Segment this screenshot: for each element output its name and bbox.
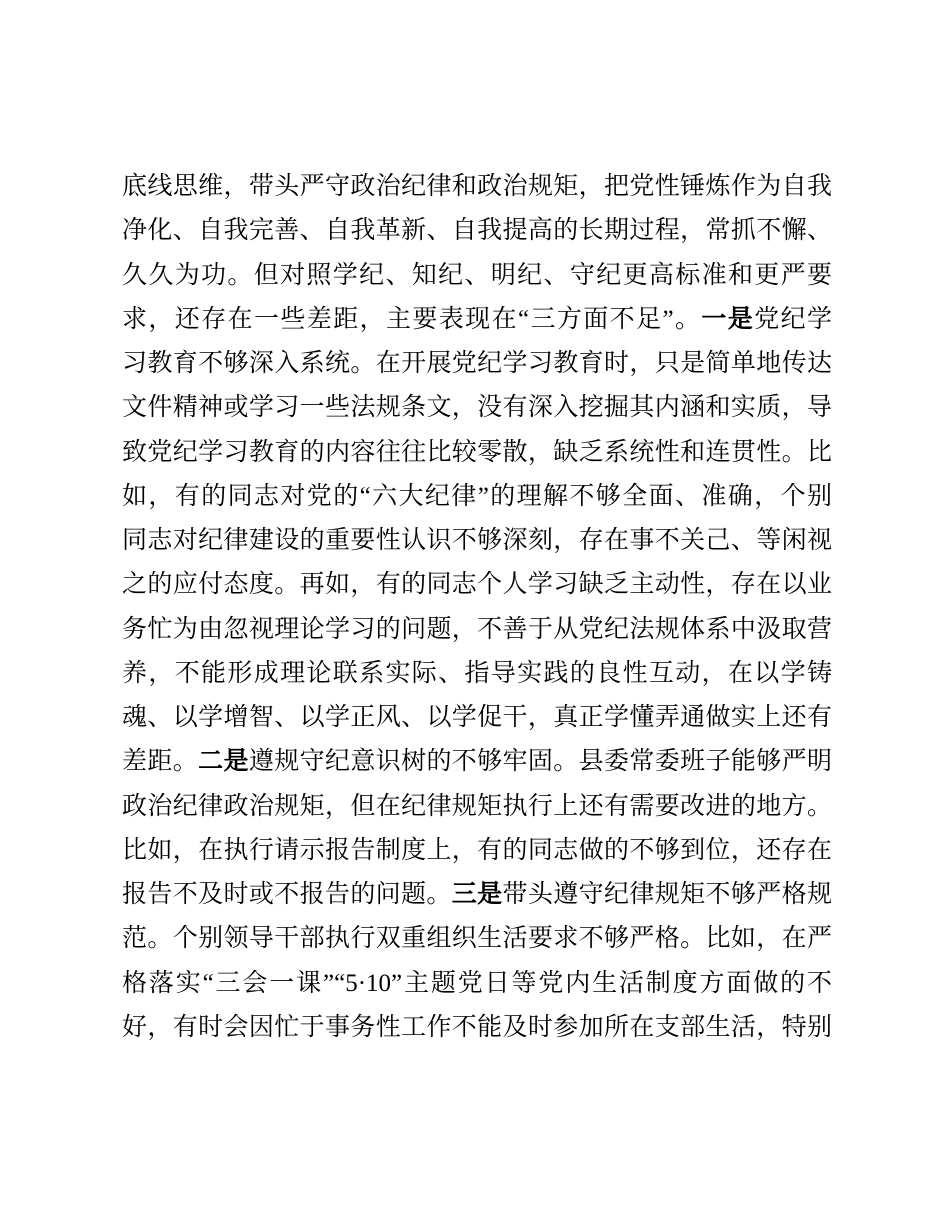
text-segment: 政治纪律政治规矩，但在纪律规矩执行上还有需要改进的地方。 [122, 793, 832, 820]
text-segment: 带头遵守纪律规矩不够严格规 [503, 881, 832, 908]
text-segment: 习教育不够深入系统。在开展党纪学习教育时，只是简单地传达 [122, 350, 832, 377]
text-line: 差距。二是遵规守纪意识树的不够牢固。县委常委班子能够严明 [122, 740, 832, 784]
bold-emphasis: 三是 [452, 881, 503, 908]
document-page: 底线思维，带头严守政治纪律和政治规矩，把党性锤炼作为自我净化、自我完善、自我革新… [0, 0, 950, 1230]
text-segment: 范。个别领导干部执行双重组织生活要求不够严格。比如，在严 [122, 925, 832, 952]
text-line: 养，不能形成理论联系实际、指导实践的良性互动，在以学铸 [122, 652, 832, 696]
text-segment: 如，有的同志对党的“六大纪律”的理解不够全面、准确，个别 [122, 483, 832, 510]
text-segment: 底线思维，带头严守政治纪律和政治规矩，把党性锤炼作为自我 [122, 173, 832, 200]
text-line: 久久为功。但对照学纪、知纪、明纪、守纪更高标准和更严要 [122, 254, 832, 298]
paragraph-continuation: 底线思维，带头严守政治纪律和政治规矩，把党性锤炼作为自我净化、自我完善、自我革新… [122, 165, 832, 1050]
text-segment: 遵规守纪意识树的不够牢固。县委常委班子能够严明 [249, 748, 832, 775]
text-segment: 久久为功。但对照学纪、知纪、明纪、守纪更高标准和更严要 [122, 262, 832, 289]
text-line: 净化、自我完善、自我革新、自我提高的长期过程，常抓不懈、 [122, 209, 832, 253]
text-segment: 之的应付态度。再如，有的同志个人学习缺乏主动性，存在以业 [122, 571, 832, 598]
text-segment: 差距。 [122, 748, 198, 775]
text-line: 比如，在执行请示报告制度上，有的同志做的不够到位，还存在 [122, 829, 832, 873]
text-line: 底线思维，带头严守政治纪律和政治规矩，把党性锤炼作为自我 [122, 165, 832, 209]
text-segment: 务忙为由忽视理论学习的问题，不善于从党纪法规体系中汲取营 [122, 616, 832, 643]
text-segment: 党纪学 [754, 306, 832, 333]
text-line: 同志对纪律建设的重要性认识不够深刻，存在事不关己、等闲视 [122, 519, 832, 563]
text-line: 如，有的同志对党的“六大纪律”的理解不够全面、准确，个别 [122, 475, 832, 519]
text-line: 求，还存在一些差距，主要表现在“三方面不足”。一是党纪学 [122, 298, 832, 342]
text-segment: 净化、自我完善、自我革新、自我提高的长期过程，常抓不懈、 [122, 217, 832, 244]
text-segment: 魂、以学增智、以学正风、以学促干，真正学懂弄通做实上还有 [122, 704, 832, 731]
text-line: 报告不及时或不报告的问题。三是带头遵守纪律规矩不够严格规 [122, 873, 832, 917]
text-line: 好，有时会因忙于事务性工作不能及时参加所在支部生活，特别 [122, 1006, 832, 1050]
text-segment: 养，不能形成理论联系实际、指导实践的良性互动，在以学铸 [122, 660, 832, 687]
text-segment: 比如，在执行请示报告制度上，有的同志做的不够到位，还存在 [122, 837, 832, 864]
text-line: 致党纪学习教育的内容往往比较零散，缺乏系统性和连贯性。比 [122, 431, 832, 475]
text-line: 文件精神或学习一些法规条文，没有深入挖掘其内涵和实质，导 [122, 386, 832, 430]
text-segment: 文件精神或学习一些法规条文，没有深入挖掘其内涵和实质，导 [122, 394, 832, 421]
text-line: 之的应付态度。再如，有的同志个人学习缺乏主动性，存在以业 [122, 563, 832, 607]
text-segment: 好，有时会因忙于事务性工作不能及时参加所在支部生活，特别 [122, 1014, 832, 1041]
text-line: 习教育不够深入系统。在开展党纪学习教育时，只是简单地传达 [122, 342, 832, 386]
text-segment: 同志对纪律建设的重要性认识不够深刻，存在事不关己、等闲视 [122, 527, 832, 554]
text-line: 格落实“三会一课”“5·10”主题党日等党内生活制度方面做的不 [122, 962, 832, 1006]
text-line: 范。个别领导干部执行双重组织生活要求不够严格。比如，在严 [122, 917, 832, 961]
bold-emphasis: 二是 [198, 748, 249, 775]
text-segment: 致党纪学习教育的内容往往比较零散，缺乏系统性和连贯性。比 [122, 439, 832, 466]
text-line: 政治纪律政治规矩，但在纪律规矩执行上还有需要改进的地方。 [122, 785, 832, 829]
bold-emphasis: 一是 [701, 306, 754, 333]
text-segment: 报告不及时或不报告的问题。 [122, 881, 452, 908]
text-segment: 格落实“三会一课”“5·10”主题党日等党内生活制度方面做的不 [122, 970, 832, 997]
text-segment: 求，还存在一些差距，主要表现在“三方面不足”。 [122, 306, 701, 333]
text-line: 务忙为由忽视理论学习的问题，不善于从党纪法规体系中汲取营 [122, 608, 832, 652]
text-line: 魂、以学增智、以学正风、以学促干，真正学懂弄通做实上还有 [122, 696, 832, 740]
